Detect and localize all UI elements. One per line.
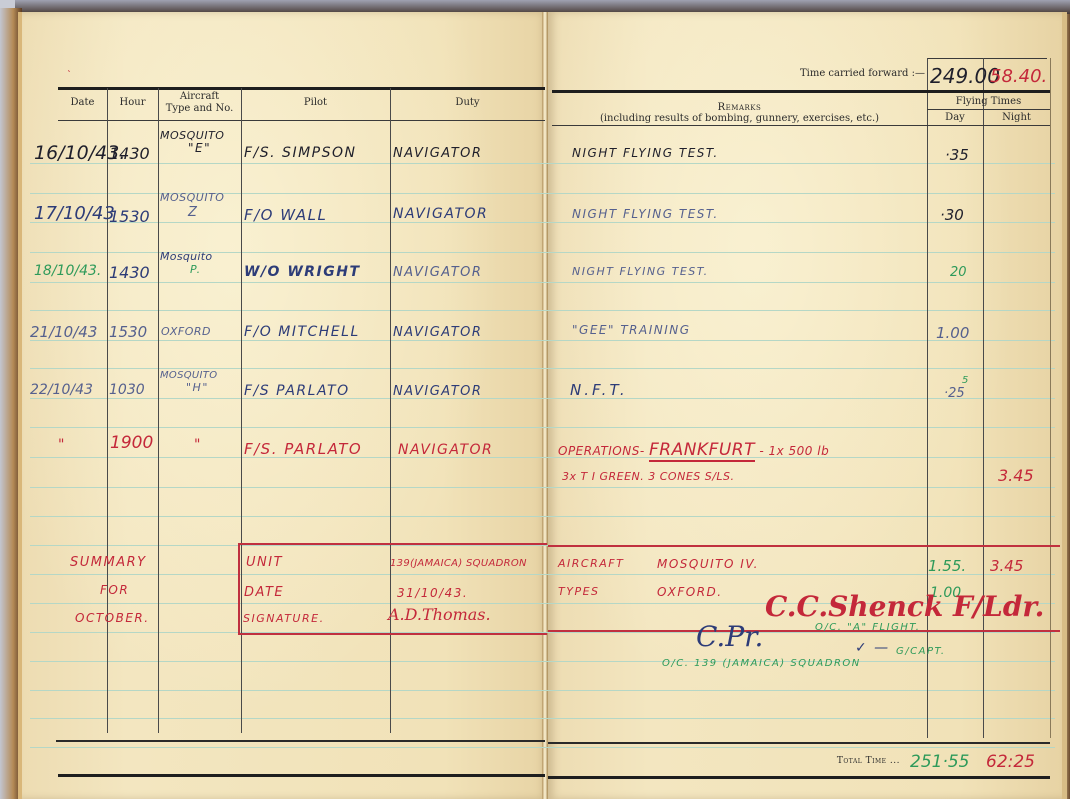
ruling-line [30, 661, 1055, 662]
entry-hour: 1530 [109, 323, 147, 341]
operation-prefix: OPERATIONS- [558, 444, 649, 458]
entry-pilot: F/S PARLATO [244, 383, 350, 399]
footer-rule-right [548, 742, 1050, 744]
operation-bomb-load: - 1x 500 lb [755, 444, 829, 458]
ruling-line [30, 690, 1055, 691]
header-top-rule-right [552, 90, 1050, 93]
entry-day-time: ·25 [944, 386, 965, 401]
total-day-time: 251·55 [910, 752, 969, 772]
type1-night-time: 3.45 [990, 557, 1023, 575]
entry-remarks: NIGHT FLYING TEST. [572, 207, 719, 221]
summary-title-line2: FOR [100, 583, 129, 597]
header-date: Date [58, 97, 107, 109]
aircraft-label: AIRCRAFT [558, 557, 624, 570]
carried-forward-label: Time carried forward :— [740, 68, 925, 80]
red-ink-mark: ` [66, 70, 73, 81]
signature-dash: ✓ — [855, 640, 890, 656]
entry-pilot: F/S. SIMPSON [244, 145, 356, 161]
entry-hour: 1530 [109, 207, 150, 226]
total-night-time: 62:25 [986, 752, 1035, 772]
ruling-line [30, 222, 1055, 223]
entry-date: 17/10/43 [34, 203, 115, 224]
column-divider [107, 88, 108, 733]
ruling-line [30, 340, 1055, 341]
ruling-line [30, 718, 1055, 719]
footer-thick-rule [58, 774, 545, 777]
ruling-line [30, 487, 1055, 488]
entry-remarks: NIGHT FLYING TEST. [572, 265, 709, 278]
squadron-commander-signature: C.Pr. [696, 620, 763, 653]
entry-pilot: W/O WRIGHT [244, 264, 361, 280]
header-bottom-rule [58, 120, 545, 121]
aircraft-type-1: MOSQUITO IV. [657, 557, 759, 571]
summary-red-rule-top [548, 545, 1060, 547]
ruling-line [30, 516, 1055, 517]
entry-duty: NAVIGATOR [398, 442, 493, 458]
operation-target: FRANKFURT [649, 440, 755, 462]
entry-hour: 1430 [109, 144, 150, 163]
entry-date: 22/10/43 [30, 382, 93, 398]
entry-aircraft-no: "H" [186, 381, 209, 394]
footer-thick-rule-right [548, 776, 1050, 779]
header-remarks-subtitle: (including results of bombing, gunnery, … [552, 113, 927, 125]
entry-duty: NAVIGATOR [393, 265, 482, 280]
header-bottom-rule-right [552, 125, 1050, 126]
date-label: DATE [244, 585, 284, 600]
entry-day-time: ·35 [945, 146, 969, 164]
entry-date: 21/10/43 [30, 323, 97, 341]
right-page [547, 12, 1067, 799]
entry-hour: 1900 [110, 433, 153, 453]
entry-remarks: N.F.T. [570, 381, 628, 399]
entry-day-correction: 5 [962, 375, 968, 386]
aircraft-type-2: OXFORD. [657, 585, 723, 599]
footer-rule [56, 740, 545, 742]
header-aircraft-line1: Aircraft [158, 91, 241, 103]
entry-date-ditto: " [58, 437, 66, 453]
entry-day-time: 1.00 [936, 324, 969, 342]
entry-aircraft-type: Mosquito [160, 250, 212, 263]
ruling-line [30, 368, 1055, 369]
ruling-line [30, 310, 1055, 311]
entry-aircraft-ditto: " [194, 437, 202, 453]
unit-label: UNIT [246, 555, 283, 570]
flight-commander-signature: C.C.Shenck F/Ldr. [765, 590, 1044, 623]
column-divider-night [983, 58, 984, 738]
carried-forward-night: 58.40. [990, 66, 1047, 87]
signature-value: A.D.Thomas. [388, 605, 491, 624]
entry-aircraft-type: OXFORD [161, 325, 211, 338]
entry-duty: NAVIGATOR [393, 384, 482, 399]
ruling-line [30, 282, 1055, 283]
entry-aircraft-no: "E" [188, 141, 211, 155]
column-divider-right [1050, 58, 1051, 738]
entry-pilot: F/O MITCHELL [244, 324, 360, 340]
entry-day-time: 20 [950, 265, 967, 280]
column-divider-day [927, 58, 928, 738]
carried-forward-box-top [927, 58, 1047, 59]
entry-pilot: F/S. PARLATO [244, 440, 362, 458]
column-divider [241, 88, 242, 733]
entry-remarks-operation: OPERATIONS- FRANKFURT - 1x 500 lb [558, 440, 829, 460]
header-aircraft-line2: Type and No. [158, 103, 241, 115]
summary-title-line1: SUMMARY [70, 555, 147, 570]
book-gutter [542, 12, 548, 799]
summary-title-line3: OCTOBER. [75, 611, 150, 625]
signature-label: SIGNATURE. [243, 612, 325, 625]
ruling-line [30, 457, 1055, 458]
entry-pilot: F/O WALL [244, 206, 327, 224]
entry-hour: 1030 [109, 382, 145, 398]
ruling-line [30, 163, 1055, 164]
summary-red-rule-bottom [548, 630, 1060, 632]
unit-value: 139(JAMAICA) SQUADRON [390, 558, 527, 569]
header-flying-times: Flying Times [927, 96, 1050, 108]
ruling-line [30, 747, 1055, 748]
entry-duty: NAVIGATOR [393, 146, 482, 161]
column-divider [158, 88, 159, 733]
flight-commander-title: O/C. "A" FLIGHT. [815, 622, 920, 633]
entry-aircraft-type: MOSQUITO [160, 191, 224, 204]
header-pilot: Pilot [241, 97, 390, 109]
entry-duty: NAVIGATOR [393, 206, 488, 222]
header-aircraft: Aircraft Type and No. [158, 91, 241, 115]
entry-aircraft-no: Z [188, 205, 198, 220]
entry-duty: NAVIGATOR [393, 325, 482, 340]
column-divider [390, 88, 391, 733]
flying-times-rule [927, 109, 1050, 110]
logbook-spread: Date Hour Aircraft Type and No. Pilot Du… [0, 0, 1070, 799]
left-page [18, 12, 549, 799]
ruling-line [30, 427, 1055, 428]
header-night: Night [983, 112, 1050, 124]
header-day: Day [927, 112, 983, 124]
entry-remarks-line2: 3x T I GREEN. 3 CONES S/LS. [562, 470, 735, 483]
entry-aircraft-type: MOSQUITO [160, 370, 217, 381]
squadron-commander-rank: G/CAPT. [896, 646, 946, 657]
entry-aircraft-no: P. [190, 263, 202, 276]
entry-remarks: NIGHT FLYING TEST. [572, 146, 719, 160]
type1-day-time: 1.55. [928, 557, 966, 575]
squadron-commander-title: O/C. 139 (JAMAICA) SQUADRON [662, 658, 861, 669]
header-hour: Hour [107, 97, 158, 109]
ruling-line [30, 398, 1055, 399]
entry-remarks: "GEE" TRAINING [572, 323, 691, 337]
entry-date: 18/10/43. [34, 263, 101, 279]
entry-hour: 1430 [109, 263, 150, 282]
header-duty: Duty [390, 97, 545, 109]
entry-day-time: ·30 [940, 206, 964, 224]
header-top-rule [58, 87, 545, 90]
entry-night-time: 3.45 [998, 466, 1034, 485]
date-value: 31/10/43. [397, 586, 468, 600]
types-label: TYPES [558, 585, 600, 598]
total-time-label: Total Time ... [820, 755, 900, 767]
